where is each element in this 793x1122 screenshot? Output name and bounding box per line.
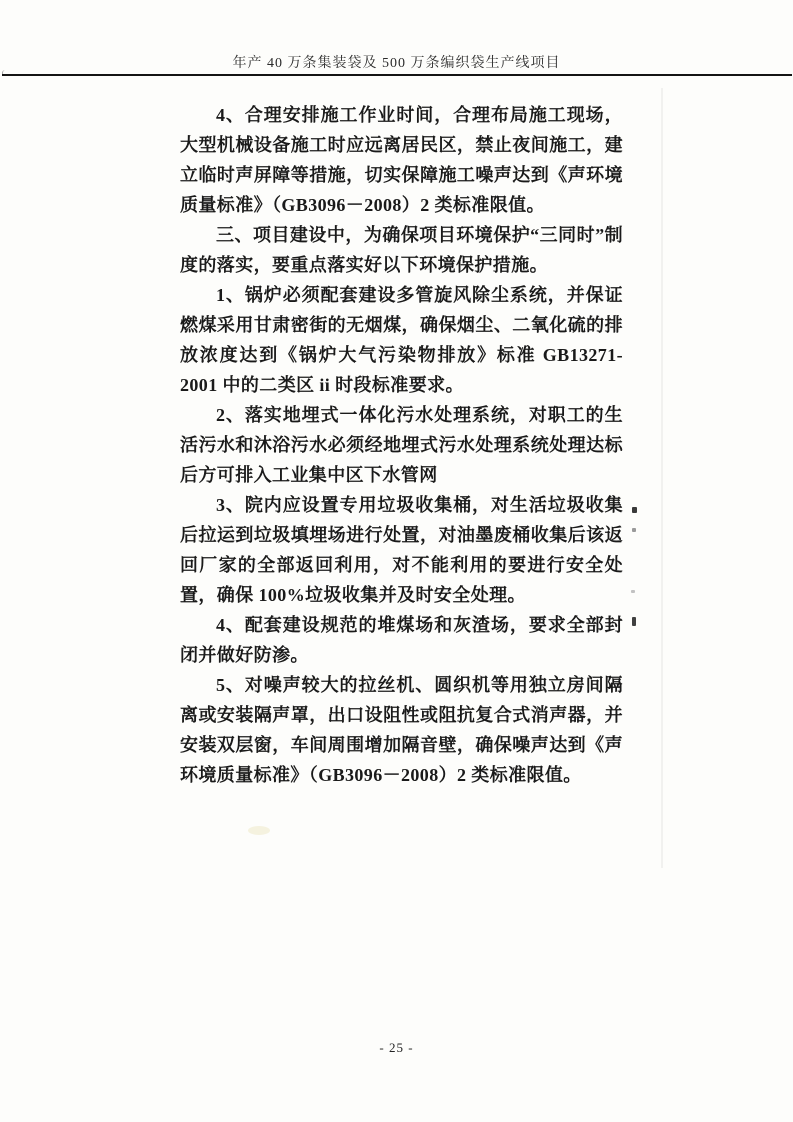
body-paragraph: 1、锅炉必须配套建设多管旋风除尘系统，并保证燃煤采用甘肃密街的无烟煤，确保烟尘、… [180, 280, 623, 400]
scan-speck [631, 590, 635, 593]
document-body: 4、合理安排施工作业时间，合理布局施工现场，大型机械设备施工时应远离居民区，禁止… [180, 100, 623, 790]
header-divider-rule [2, 74, 792, 76]
scan-speck [632, 507, 637, 513]
scan-speck [632, 617, 636, 626]
body-paragraph: 4、合理安排施工作业时间，合理布局施工现场，大型机械设备施工时应远离居民区，禁止… [180, 100, 623, 220]
body-paragraph: 2、落实地埋式一体化污水处理系统，对职工的生活污水和沐浴污水必须经地埋式污水处理… [180, 400, 623, 490]
body-paragraph: 3、院内应设置专用垃圾收集桶，对生活垃圾收集后拉运到垃圾填埋场进行处置，对油墨废… [180, 490, 623, 610]
page-number: - 25 - [0, 1040, 793, 1056]
scanned-document-page: 年产 40 万条集装袋及 500 万条编织袋生产线项目 4、合理安排施工作业时间… [0, 0, 793, 1122]
body-paragraph: 4、配套建设规范的堆煤场和灰渣场，要求全部封闭并做好防渗。 [180, 610, 623, 670]
body-paragraph: 三、项目建设中，为确保项目环境保护“三同时”制度的落实，要重点落实好以下环境保护… [180, 220, 623, 280]
scan-speck [632, 528, 636, 532]
scan-crease-line [661, 88, 663, 868]
document-header-title: 年产 40 万条集装袋及 500 万条编织袋生产线项目 [0, 52, 793, 72]
body-paragraph: 5、对噪声较大的拉丝机、圆织机等用独立房间隔离或安装隔声罩，出口设阻性或阻抗复合… [180, 670, 623, 790]
scan-smudge [248, 826, 270, 835]
